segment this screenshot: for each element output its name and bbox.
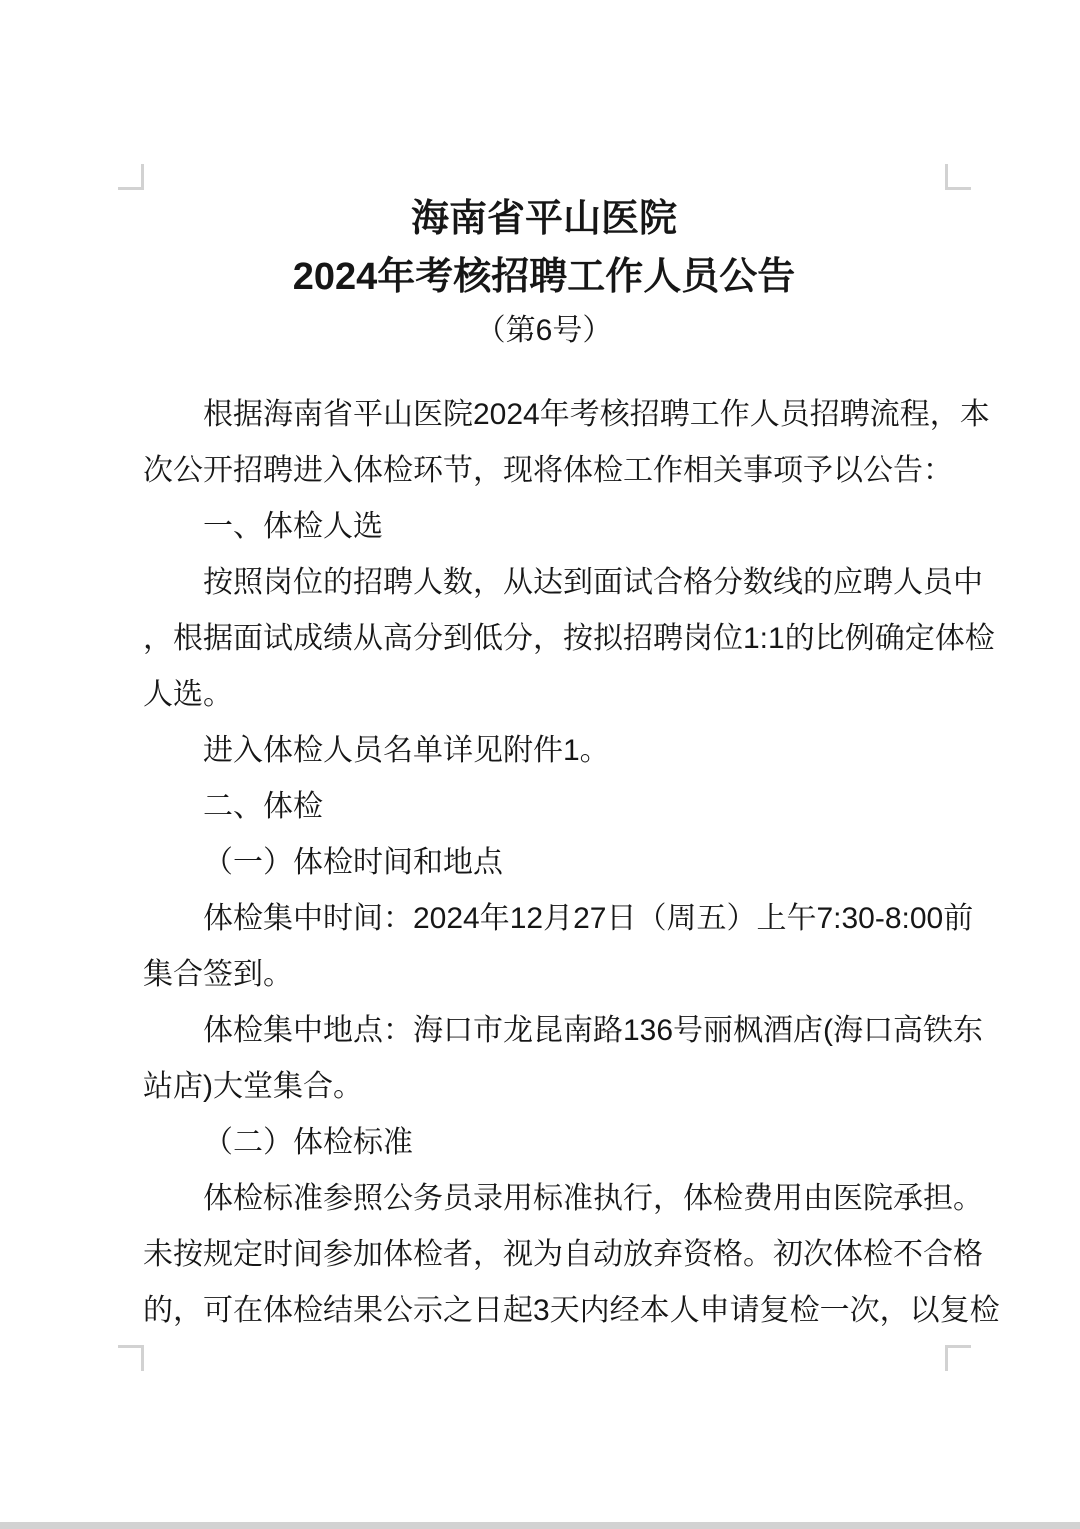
crop-mark-top-left-icon [118, 164, 144, 190]
bottom-edge-bar [0, 1522, 1080, 1529]
text-line: 未按规定时间参加体检者，视为自动放弃资格。初次体检不合格 [143, 1227, 945, 1283]
text-line: （一）体检时间和地点 [143, 835, 945, 891]
text-line: 集合签到。 [143, 947, 945, 1003]
text-line: 体检集中地点：海口市龙昆南路136号丽枫酒店(海口高铁东 [143, 1003, 945, 1059]
text-line: 一、体检人选 [143, 499, 945, 555]
text-line: 根据海南省平山医院2024年考核招聘工作人员招聘流程，本 [143, 387, 945, 443]
text-line: 进入体检人员名单详见附件1。 [143, 723, 945, 779]
crop-mark-top-right-icon [945, 164, 971, 190]
issue-number: （第6号） [143, 306, 945, 356]
text-line: （二）体检标准 [143, 1115, 945, 1171]
text-line: 按照岗位的招聘人数，从达到面试合格分数线的应聘人员中 [143, 555, 945, 611]
text-line: 二、体检 [143, 779, 945, 835]
crop-mark-bottom-right-icon [945, 1345, 971, 1371]
text-area: 海南省平山医院 2024年考核招聘工作人员公告 （第6号） 根据海南省平山医院2… [143, 190, 945, 1339]
text-line: 的，可在体检结果公示之日起3天内经本人申请复检一次，以复检 [143, 1283, 945, 1339]
text-line: 人选。 [143, 667, 945, 723]
text-line: ，根据面试成绩从高分到低分，按拟招聘岗位1:1的比例确定体检 [143, 611, 945, 667]
document-body: 根据海南省平山医院2024年考核招聘工作人员招聘流程，本次公开招聘进入体检环节，… [143, 387, 945, 1339]
document-page: 海南省平山医院 2024年考核招聘工作人员公告 （第6号） 根据海南省平山医院2… [0, 0, 1080, 1529]
text-line: 次公开招聘进入体检环节，现将体检工作相关事项予以公告： [143, 443, 945, 499]
document-title-line1: 海南省平山医院 [143, 190, 945, 248]
document-title-line2: 2024年考核招聘工作人员公告 [143, 248, 945, 306]
crop-mark-bottom-left-icon [118, 1345, 144, 1371]
text-line: 体检集中时间：2024年12月27日（周五）上午7:30-8:00前 [143, 891, 945, 947]
text-line: 体检标准参照公务员录用标准执行，体检费用由医院承担。 [143, 1171, 945, 1227]
text-line: 站店)大堂集合。 [143, 1059, 945, 1115]
